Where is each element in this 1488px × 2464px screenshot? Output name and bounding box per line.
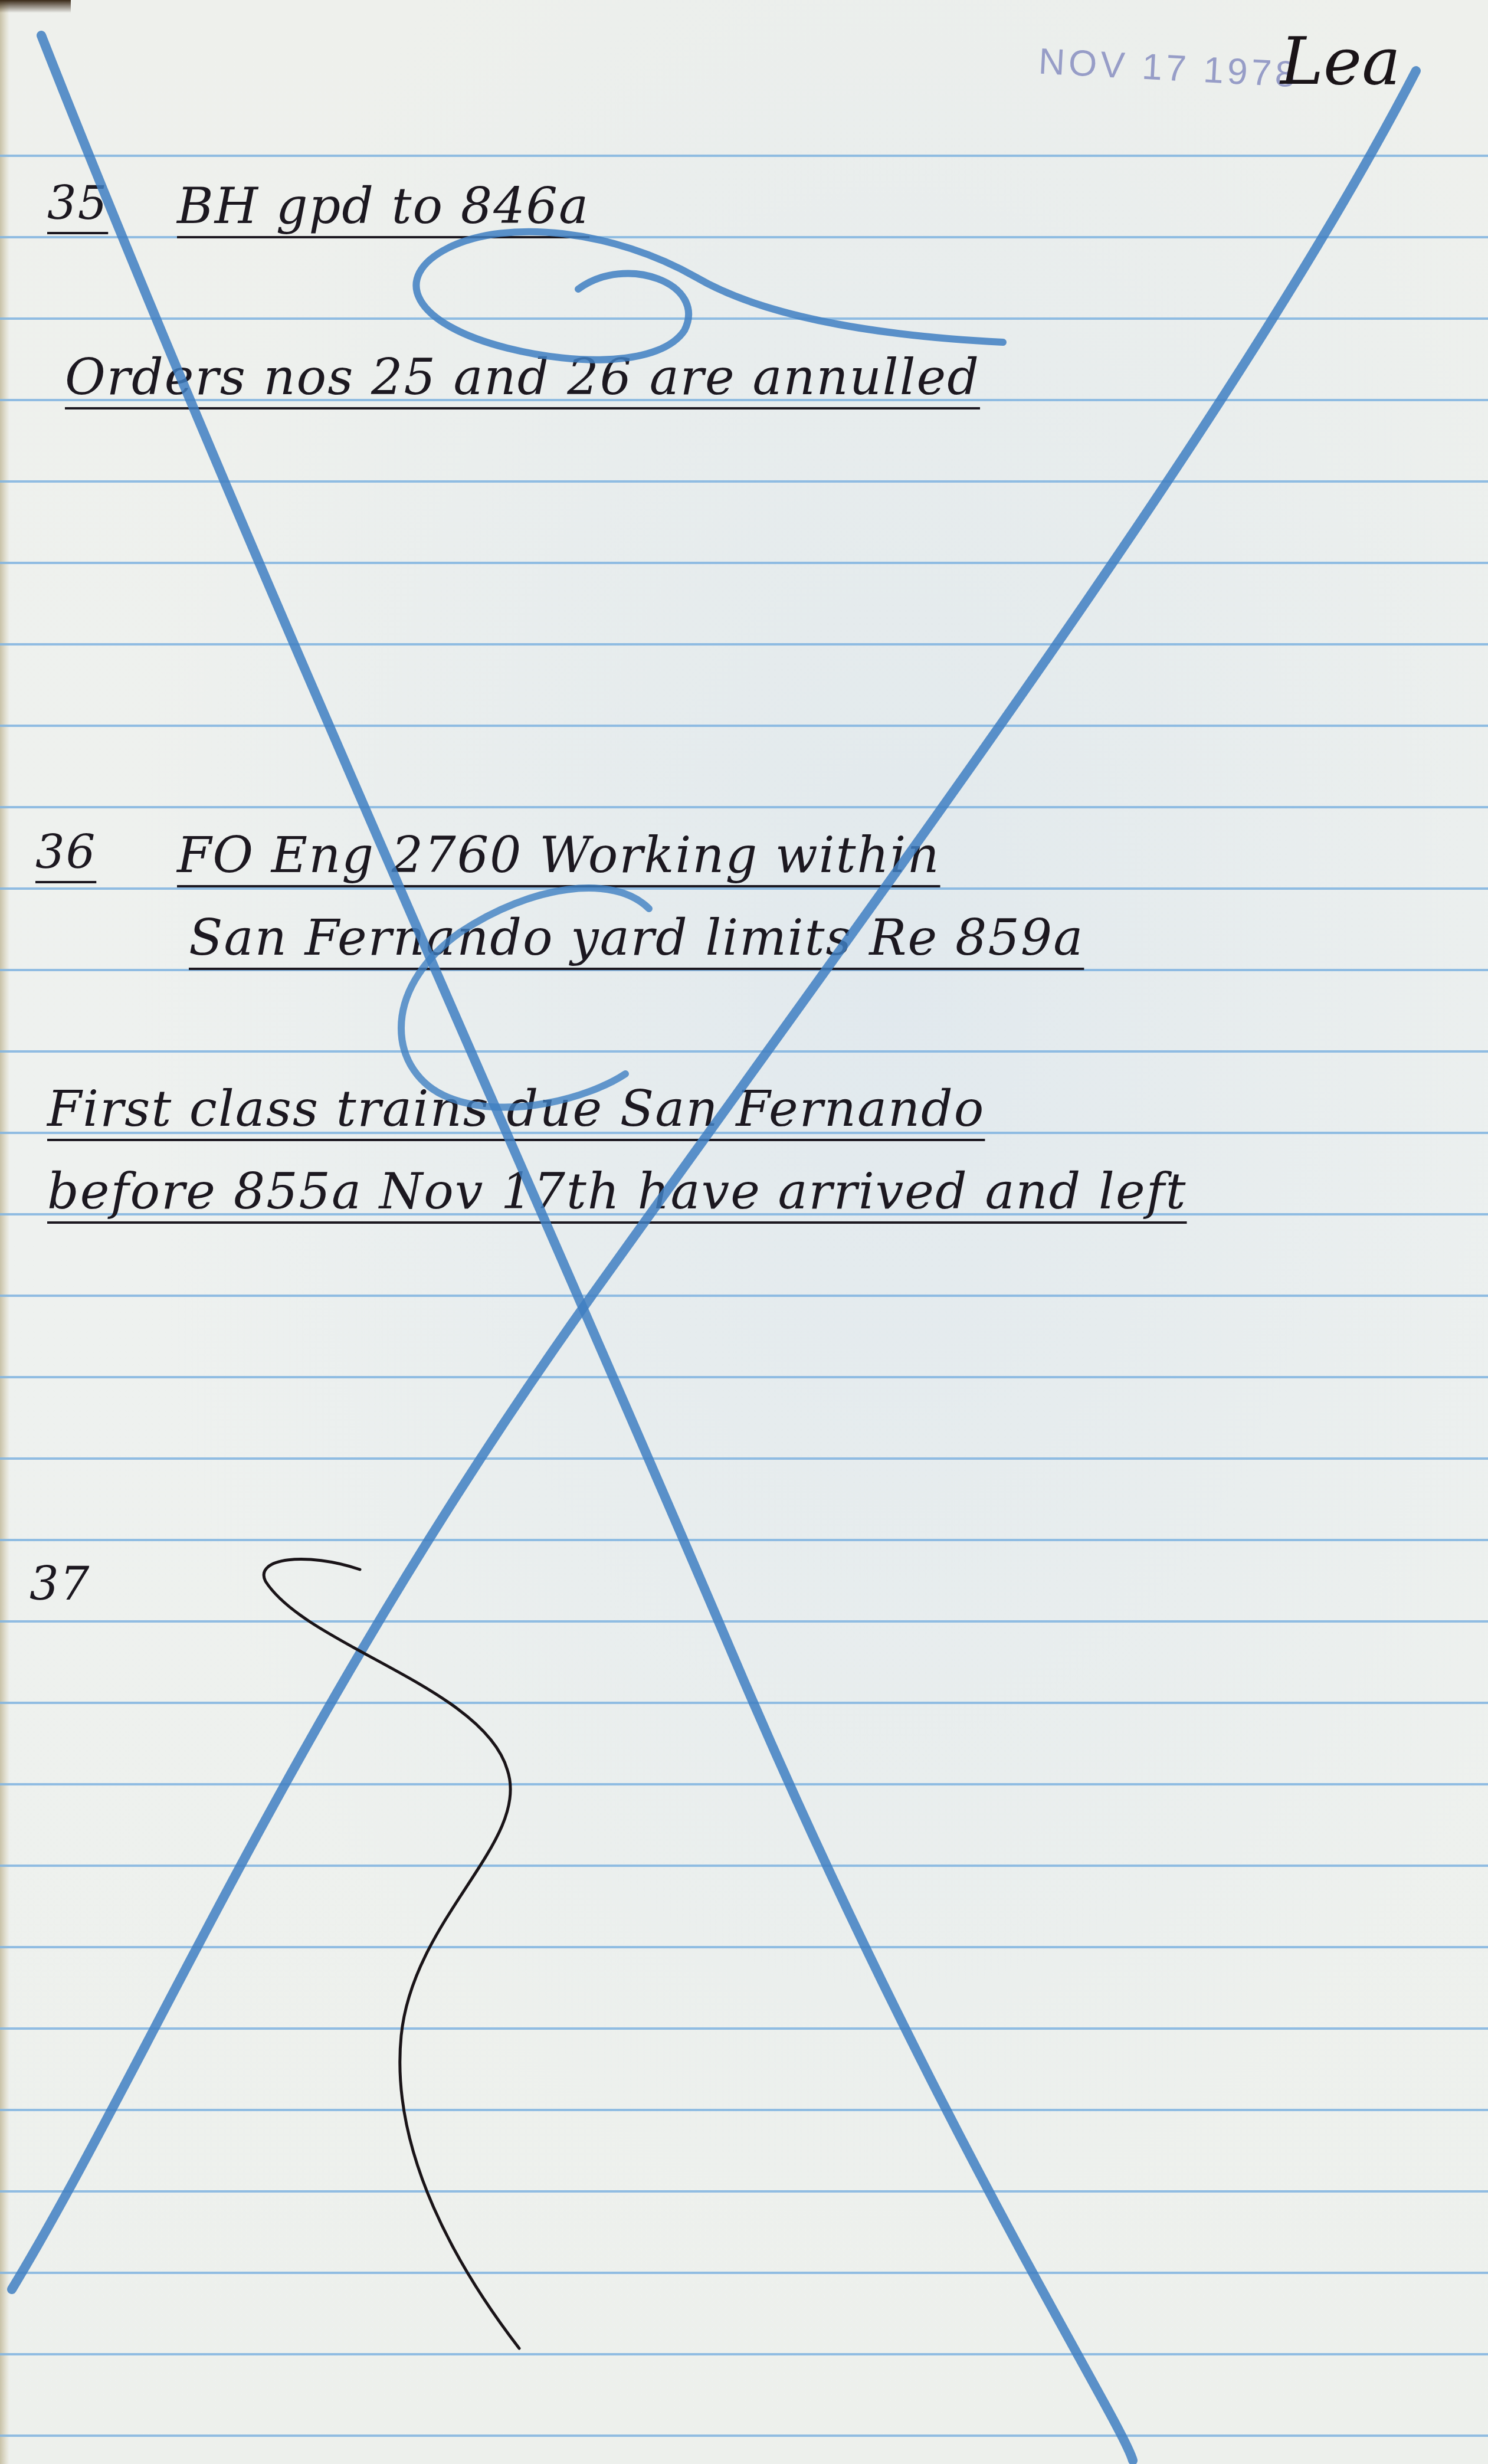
crayon-stroke-icon [12,71,1416,2289]
ledger-page: NOV 17 1978 Lea 35 BH gpd to 846a Orders… [0,0,1488,2464]
crayon-swirl-icon [401,888,649,1107]
cross-out-marks [0,0,1488,2464]
void-stroke-icon [264,1559,519,2348]
crayon-swirl-icon [416,232,1003,360]
crayon-stroke-icon [41,35,1133,2460]
